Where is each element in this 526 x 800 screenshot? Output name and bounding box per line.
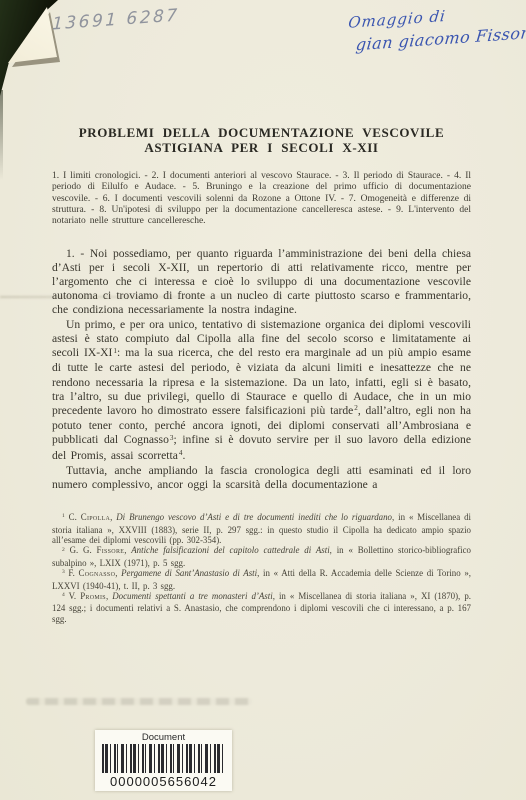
crease-line — [0, 296, 310, 298]
footnote: 3 F. Cognasso, Pergamene di Sant’Anastas… — [52, 568, 471, 591]
handwritten-accession-number: 13691 6287 — [52, 5, 180, 34]
footnote: 2 G. G. Fissore, Antiche falsificazioni … — [52, 545, 471, 568]
body-paragraph: 1. - Noi possediamo, per quanto riguarda… — [52, 247, 471, 318]
scanned-page: 13691 6287 Omaggio di gian giacomo Fisso… — [0, 0, 526, 800]
article-body: 1. - Noi possediamo, per quanto riguarda… — [52, 247, 471, 492]
show-through-smudge — [26, 698, 252, 705]
page-edge-shading — [0, 90, 3, 180]
dedication-inscription: Omaggio di gian giacomo Fissore — [341, 2, 520, 56]
body-paragraph: Tuttavia, anche ampliando la fascia cron… — [52, 464, 471, 492]
body-paragraph: Un primo, e per ora unico, tentativo di … — [52, 318, 471, 464]
footnotes-section: 1 C. Cipolla, Di Brunengo vescovo d’Asti… — [52, 512, 471, 624]
article-abstract: 1. I limiti cronologici. - 2. I document… — [52, 171, 471, 227]
barcode-sticker: Document 0000005656042 — [95, 730, 232, 791]
article-title-line2: ASTIGIANA PER I SECOLI X-XII — [52, 141, 471, 156]
barcode-label: Document — [95, 732, 232, 743]
article-content: PROBLEMI DELLA DOCUMENTAZIONE VESCOVILE … — [52, 126, 471, 624]
article-title: PROBLEMI DELLA DOCUMENTAZIONE VESCOVILE … — [52, 126, 471, 155]
barcode-bars-icon — [102, 744, 225, 773]
footnote: 1 C. Cipolla, Di Brunengo vescovo d’Asti… — [52, 512, 471, 545]
article-title-line1: PROBLEMI DELLA DOCUMENTAZIONE VESCOVILE — [52, 126, 471, 141]
barcode-number: 0000005656042 — [95, 774, 232, 789]
footnote: 4 V. Promis, Documenti spettanti a tre m… — [52, 591, 471, 624]
